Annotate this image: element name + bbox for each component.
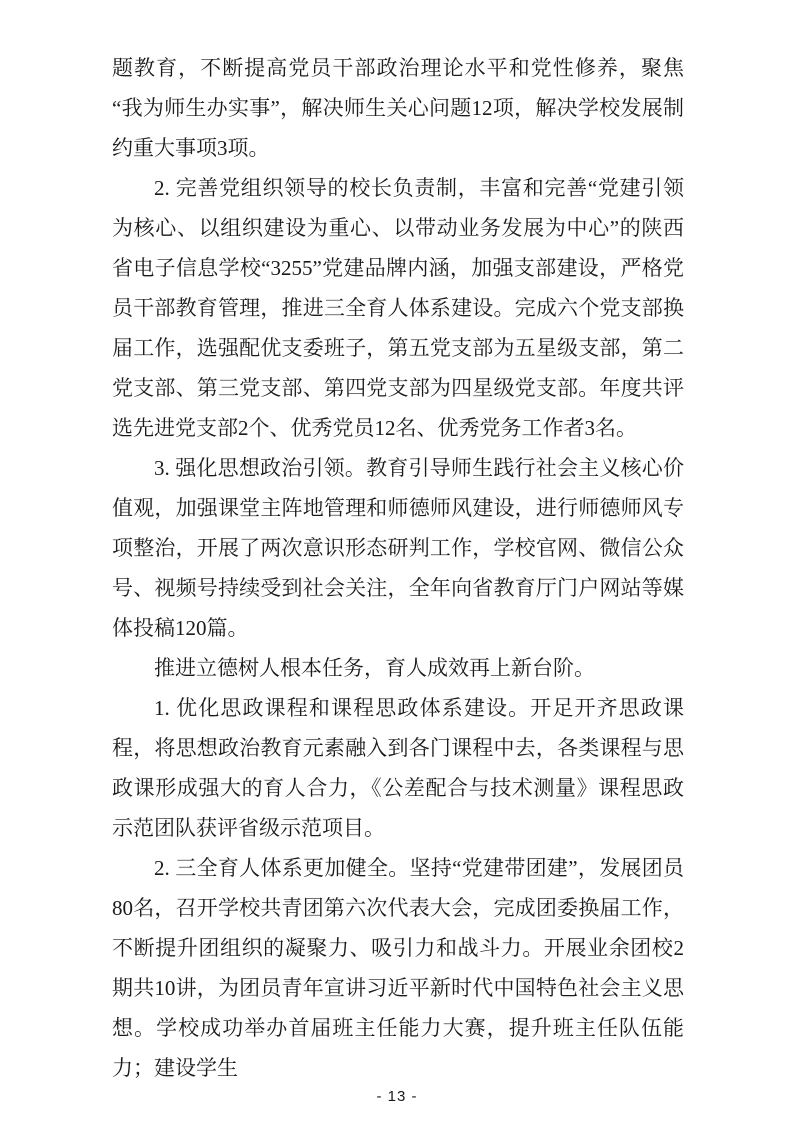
- paragraph-item-3: 3. 强化思想政治引领。教育引导师生践行社会主义核心价值观，加强课堂主阵地管理和…: [112, 448, 684, 648]
- paragraph-continuation: 题教育，不断提高党员干部政治理论水平和党性修养，聚焦“我为师生办实事”，解决师生…: [112, 48, 684, 168]
- paragraph-section-lead: 推进立德树人根本任务，育人成效再上新台阶。: [112, 648, 684, 688]
- page-number: - 13 -: [0, 1086, 794, 1108]
- paragraph-item-2: 2. 完善党组织领导的校长负责制，丰富和完善“党建引领为核心、以组织建设为重心、…: [112, 168, 684, 448]
- document-page: 题教育，不断提高党员干部政治理论水平和党性修养，聚焦“我为师生办实事”，解决师生…: [0, 0, 794, 1123]
- document-body: 题教育，不断提高党员干部政治理论水平和党性修养，聚焦“我为师生办实事”，解决师生…: [112, 48, 684, 1088]
- paragraph-item-2b: 2. 三全育人体系更加健全。坚持“党建带团建”，发展团员80名，召开学校共青团第…: [112, 848, 684, 1088]
- paragraph-item-1: 1. 优化思政课程和课程思政体系建设。开足开齐思政课程，将思想政治教育元素融入到…: [112, 688, 684, 848]
